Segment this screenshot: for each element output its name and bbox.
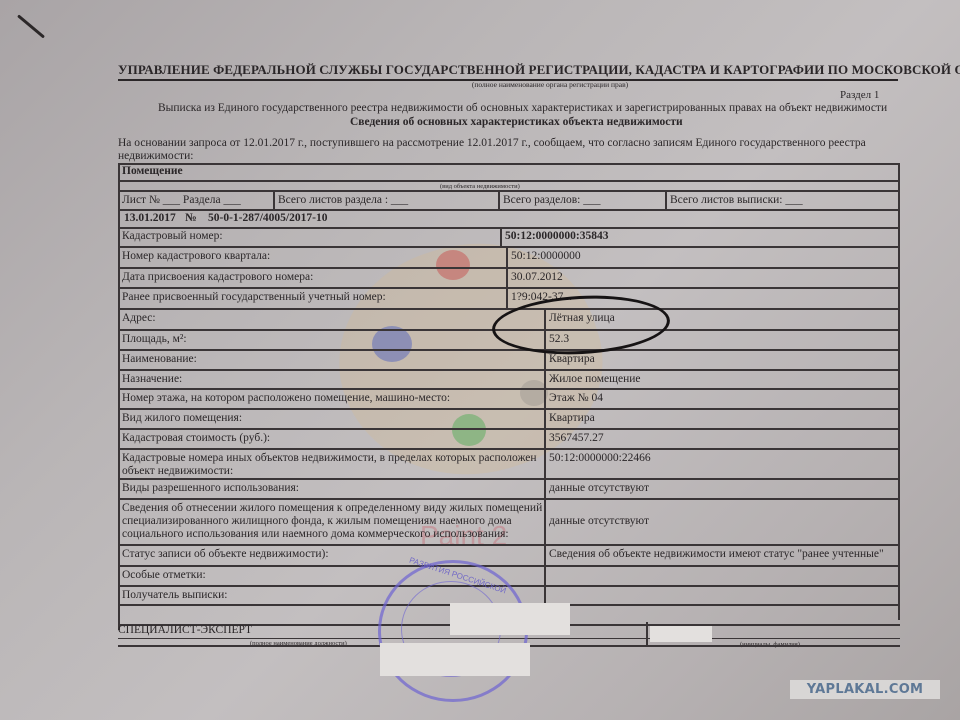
row-label: Наименование: — [122, 353, 197, 365]
row-label: Особые отметки: — [122, 569, 206, 581]
table-rule — [118, 498, 898, 500]
cadastral-label: Кадастровый номер: — [122, 230, 223, 242]
signer-position: СПЕЦИАЛИСТ-ЭКСПЕРТ — [118, 624, 252, 636]
table-rule — [118, 180, 898, 182]
row-label: Дата присвоения кадастрового номера: — [122, 271, 313, 283]
record-number: 50-0-1-287/4005/2017-10 — [208, 212, 327, 224]
extract-subtitle: Сведения об основных характеристиках объ… — [350, 116, 683, 128]
redaction-block — [650, 626, 712, 642]
row-value: 3567457.27 — [549, 432, 604, 444]
table-rule — [118, 448, 898, 450]
section-sheets: Всего листов раздела : ___ — [278, 194, 408, 206]
table-rule — [118, 163, 898, 165]
row-label: объект недвижимости: — [122, 465, 233, 477]
table-rule — [118, 267, 898, 269]
row-label: Сведения об отнесении жилого помещения к… — [122, 502, 542, 514]
row-label: Статус записи об объекте недвижимости): — [122, 548, 329, 560]
object-type: Помещение — [122, 165, 183, 177]
pen-mark — [17, 14, 45, 38]
redaction-block — [380, 643, 530, 676]
table-rule — [118, 349, 898, 351]
row-value: Этаж № 04 — [549, 392, 603, 404]
row-label: Кадастровая стоимость (руб.): — [122, 432, 270, 444]
object-type-caption: (вид объекта недвижимости) — [440, 183, 520, 190]
table-rule — [544, 428, 546, 448]
intro-text: На основании запроса от 12.01.2017 г., п… — [118, 137, 898, 163]
intro-line-2: недвижимости: — [118, 150, 898, 163]
row-label: специализированного жилищного фонда, к ж… — [122, 515, 512, 527]
table-rule — [118, 428, 898, 430]
row-label: Назначение: — [122, 373, 182, 385]
table-rule — [118, 227, 898, 229]
table-rule — [646, 622, 648, 645]
row-value: Квартира — [549, 353, 595, 365]
table-rule — [544, 369, 546, 388]
table-rule — [544, 585, 546, 604]
table-rule — [506, 246, 508, 267]
site-watermark: YAPLAKAL.COM — [790, 680, 940, 699]
row-label: Номер кадастрового квартала: — [122, 250, 270, 262]
table-rule — [118, 209, 898, 211]
row-value: данные отсутствуют — [549, 482, 649, 494]
palette-red-dot — [436, 250, 470, 280]
section-label: Раздел 1 — [840, 89, 879, 101]
row-label: Кадастровые номера иных объектов недвижи… — [122, 452, 537, 464]
row-label: Вид жилого помещения: — [122, 412, 242, 424]
intro-line-1: На основании запроса от 12.01.2017 г., п… — [118, 137, 898, 150]
table-rule — [544, 544, 546, 565]
table-rule — [118, 478, 898, 480]
table-rule — [544, 388, 546, 408]
table-rule — [498, 190, 500, 209]
row-value: данные отсутствуют — [549, 515, 649, 527]
organization-caption: (полное наименование органа регистрации … — [420, 80, 680, 89]
total-sections: Всего разделов: ___ — [503, 194, 600, 206]
table-rule — [544, 408, 546, 428]
row-label: Адрес: — [122, 312, 156, 324]
table-rule — [544, 498, 546, 544]
row-value: Квартира — [549, 412, 595, 424]
row-value: Сведения об объекте недвижимости имеют с… — [549, 548, 884, 560]
cadastral-value: 50:12:0000000:35843 — [505, 230, 609, 242]
table-rule — [506, 287, 508, 308]
row-label: Номер этажа, на котором расположено поме… — [122, 392, 450, 404]
palette-green-dot — [452, 414, 486, 446]
total-sheets: Всего листов выписки: ___ — [670, 194, 803, 206]
row-label: Получатель выписки: — [122, 589, 227, 601]
table-rule — [500, 227, 502, 246]
table-rule — [544, 565, 546, 585]
row-value: Жилое помещение — [549, 373, 641, 385]
table-rule — [118, 388, 898, 390]
redaction-block — [450, 603, 570, 635]
table-rule — [118, 408, 898, 410]
sheet-number: Лист № ___ Раздела ___ — [122, 194, 241, 206]
row-value: 50:12:0000000:22466 — [549, 452, 651, 464]
row-label: Ранее присвоенный государственный учетны… — [122, 291, 386, 303]
table-rule — [273, 190, 275, 209]
table-rule — [506, 267, 508, 287]
table-rule — [898, 163, 900, 620]
table-rule — [118, 544, 898, 546]
row-label: социального использования или наемного д… — [122, 528, 509, 540]
extract-title: Выписка из Единого государственного реес… — [158, 102, 887, 114]
row-label: Площадь, м²: — [122, 333, 187, 345]
organization-title: УПРАВЛЕНИЕ ФЕДЕРАЛЬНОЙ СЛУЖБЫ ГОСУДАРСТВ… — [118, 62, 898, 81]
number-sign: № — [185, 212, 197, 224]
table-rule — [118, 308, 898, 310]
table-rule — [665, 190, 667, 209]
row-value: 50:12:0000000 — [511, 250, 581, 262]
table-rule — [118, 565, 898, 567]
row-label: Виды разрешенного использования: — [122, 482, 299, 494]
table-rule — [118, 163, 120, 630]
table-rule — [118, 369, 898, 371]
table-rule — [544, 448, 546, 478]
table-rule — [118, 190, 898, 192]
table-rule — [544, 478, 546, 498]
row-value: 30.07.2012 — [511, 271, 563, 283]
table-rule — [118, 246, 898, 248]
palette-blue-dot — [372, 326, 412, 362]
record-date: 13.01.2017 — [124, 212, 176, 224]
table-rule — [118, 287, 898, 289]
